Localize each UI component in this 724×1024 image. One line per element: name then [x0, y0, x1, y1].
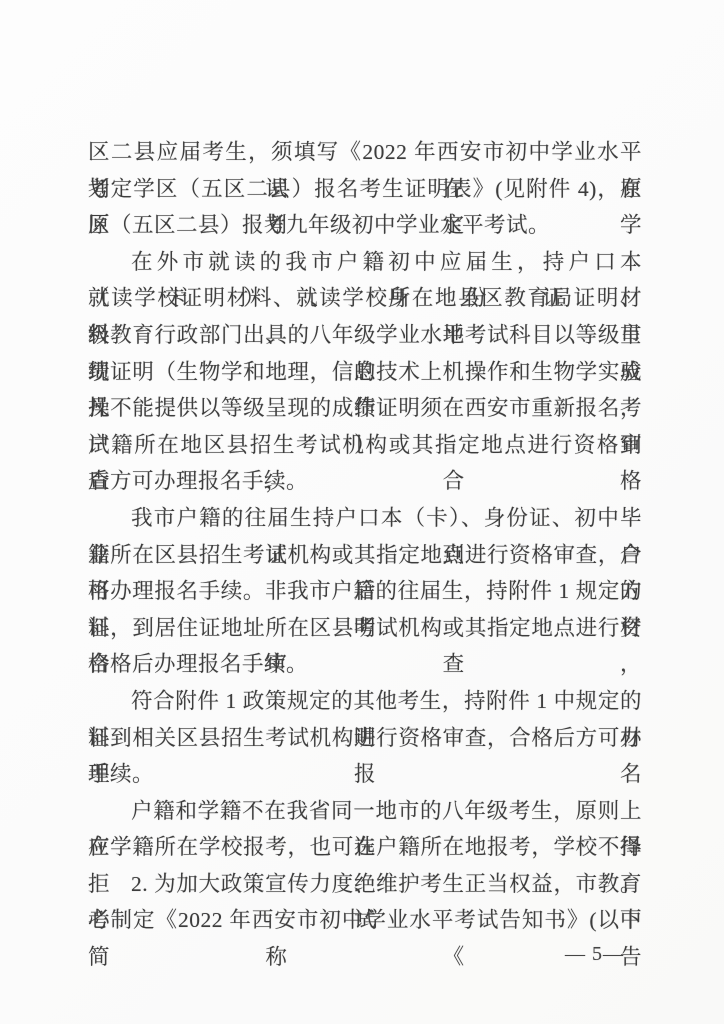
text-line: 绩证明（生物学和地理，信息技术上机操作和生物学实验操作， — [88, 354, 642, 391]
text-line: 料到相关区县招生考试机构进行资格审查，合格后方可办理报名 — [88, 720, 642, 757]
text-line: 划定学区（五区二县）报名考生证明表》(见附件 4)，在原划定学 — [88, 171, 642, 208]
page-number: — 5— — [565, 940, 624, 968]
text-line: 我市户籍的往届生持户口本（卡）、身份证、初中毕业证到户 — [88, 500, 642, 537]
text-line: 心制定《2022 年西安市初中学业水平考试告知书》(以下简称《告 — [88, 902, 642, 939]
document-body: 区二县应届考生，须填写《2022 年西安市初中学业水平考试在原 划定学区（五区二… — [88, 134, 642, 939]
text-line: 户籍所在地区县招生考试机构或其指定地点进行资格审查，合格 — [88, 427, 642, 464]
text-line: 户籍和学籍不在我省同一地市的八年级考生，原则上应选择 — [88, 793, 642, 830]
text-line: 就读学校证明材料、就读学校所在地县区教育局证明材料、地市 — [88, 280, 642, 317]
text-line: 在学籍所在学校报考，也可在户籍所在地报考，学校不得拒绝。 — [88, 829, 642, 866]
text-line: 2. 为加大政策宣传力度、维护考生正当权益，市教育考试中 — [88, 866, 642, 903]
text-line: 籍所在区县招生考试机构或其指定地点进行资格审查，合格后方 — [88, 537, 642, 574]
text-line: 级教育行政部门出具的八年级学业水平考试科目以等级呈现的成 — [88, 317, 642, 354]
text-line: 凡不能提供以等级呈现的成绩证明须在西安市重新报名考试）到 — [88, 390, 642, 427]
scanned-document-page: 区二县应届考生，须填写《2022 年西安市初中学业水平考试在原 划定学区（五区二… — [0, 0, 724, 1024]
text-line: 料，到居住证地址所在区县考试机构或其指定地点进行资格审查， — [88, 610, 642, 647]
text-line: 可办理报名手续。非我市户籍的往届生，持附件 1 规定的证明材 — [88, 573, 642, 610]
text-line: 符合附件 1 政策规定的其他考生，持附件 1 中规定的证明材 — [88, 683, 642, 720]
text-line: 在外市就读的我市户籍初中应届生，持户口本（卡）、身份证、 — [88, 244, 642, 281]
text-line: 区二县应届考生，须填写《2022 年西安市初中学业水平考试在原 — [88, 134, 642, 171]
